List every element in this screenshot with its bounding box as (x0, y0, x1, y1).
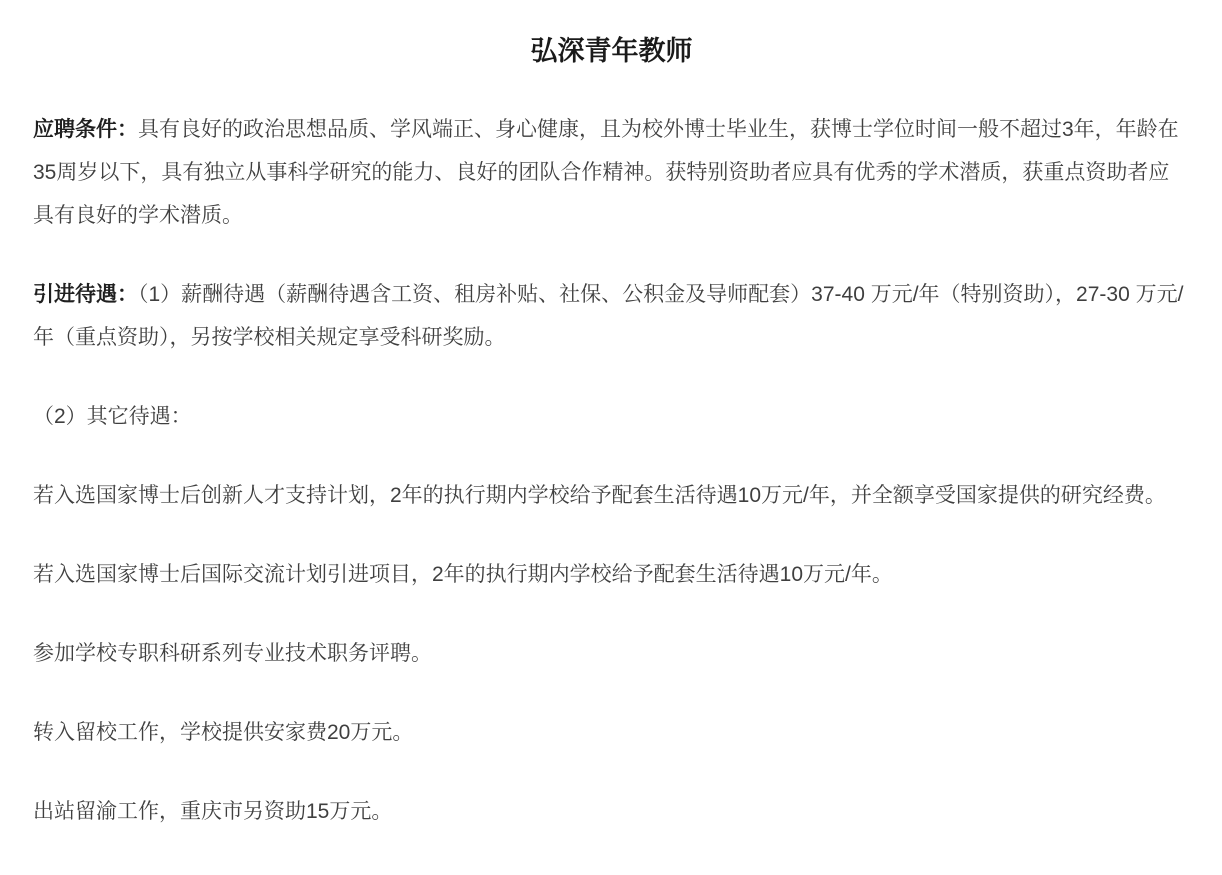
paragraph-lead: 应聘条件： (33, 118, 138, 141)
document-page: 弘深青年教师 应聘条件：具有良好的政治思想品质、学风端正、身心健康，且为校外博士… (0, 0, 1222, 833)
paragraph-text: 若入选国家博士后创新人才支持计划，2年的执行期内学校给予配套生活待遇10万元/年… (33, 484, 1166, 507)
paragraph-lead: 引进待遇： (33, 283, 138, 306)
paragraph-settling-allowance: 转入留校工作，学校提供安家费20万元。 (33, 711, 1190, 754)
paragraph-professional-titles: 参加学校专职科研系列专业技术职务评聘。 (33, 632, 1190, 675)
paragraph-innovation-plan: 若入选国家博士后创新人才支持计划，2年的执行期内学校给予配套生活待遇10万元/年… (33, 474, 1190, 517)
paragraph-text: 出站留渝工作，重庆市另资助15万元。 (33, 800, 392, 823)
document-body: 应聘条件：具有良好的政治思想品质、学风端正、身心健康，且为校外博士毕业生，获博士… (33, 108, 1190, 833)
page-title: 弘深青年教师 (33, 34, 1190, 68)
paragraph-chongqing-subsidy: 出站留渝工作，重庆市另资助15万元。 (33, 790, 1190, 833)
paragraph-text: 参加学校专职科研系列专业技术职务评聘。 (33, 642, 432, 665)
paragraph-text: （2）其它待遇： (33, 405, 192, 428)
paragraph-other-benefits-heading: （2）其它待遇： (33, 395, 1190, 438)
paragraph-exchange-plan: 若入选国家博士后国际交流计划引进项目，2年的执行期内学校给予配套生活待遇10万元… (33, 553, 1190, 596)
paragraph-recruitment-conditions: 应聘条件：具有良好的政治思想品质、学风端正、身心健康，且为校外博士毕业生，获博士… (33, 108, 1190, 237)
paragraph-salary-benefits: 引进待遇：（1）薪酬待遇（薪酬待遇含工资、租房补贴、社保、公积金及导师配套）37… (33, 273, 1190, 359)
paragraph-text: 具有良好的政治思想品质、学风端正、身心健康，且为校外博士毕业生，获博士学位时间一… (33, 118, 1179, 227)
paragraph-text: （1）薪酬待遇（薪酬待遇含工资、租房补贴、社保、公积金及导师配套）37-40 万… (33, 283, 1183, 349)
paragraph-text: 若入选国家博士后国际交流计划引进项目，2年的执行期内学校给予配套生活待遇10万元… (33, 563, 893, 586)
paragraph-text: 转入留校工作，学校提供安家费20万元。 (33, 721, 413, 744)
